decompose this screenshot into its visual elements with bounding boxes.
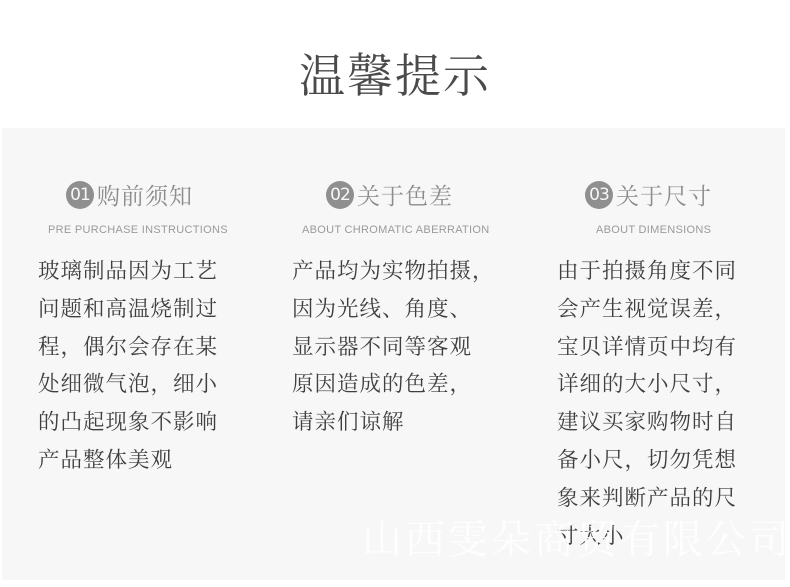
section-subtitle: ABOUT DIMENSIONS xyxy=(596,224,711,236)
section-color-heading: 02 关于色差 xyxy=(326,178,453,211)
number-badge: 02 xyxy=(326,181,354,209)
text-line: 原因造成的色差， xyxy=(292,366,492,404)
text-line: 象来判断产品的尺 xyxy=(557,480,757,518)
text-line: 产品均为实物拍摄， xyxy=(292,253,492,291)
text-line: 建议买家购物时自 xyxy=(557,404,757,442)
section-title: 关于尺寸 xyxy=(616,178,712,211)
text-line: 由于拍摄角度不同 xyxy=(557,253,757,291)
section-purchase-text: 玻璃制品因为工艺 问题和高温烧制过 程，偶尔会存在某 处细微气泡，细小 的凸起现… xyxy=(38,253,238,480)
text-line: 寸大小 xyxy=(557,518,757,556)
section-size-text: 由于拍摄角度不同 会产生视觉误差， 宝贝详情页中均有 详细的大小尺寸， 建议买家… xyxy=(557,253,757,555)
text-line: 问题和高温烧制过 xyxy=(38,291,238,329)
section-color-text: 产品均为实物拍摄， 因为光线、角度、 显示器不同等客观 原因造成的色差， 请亲们… xyxy=(292,253,492,442)
text-line: 显示器不同等客观 xyxy=(292,329,492,367)
text-line: 会产生视觉误差， xyxy=(557,291,757,329)
section-subtitle: ABOUT CHROMATIC ABERRATION xyxy=(302,224,489,236)
section-subtitle: PRE PURCHASE INSTRUCTIONS xyxy=(48,224,228,236)
text-line: 因为光线、角度、 xyxy=(292,291,492,329)
text-line: 宝贝详情页中均有 xyxy=(557,329,757,367)
section-title: 购前须知 xyxy=(97,178,193,211)
text-line: 备小尺，切勿凭想 xyxy=(557,442,757,480)
text-line: 程，偶尔会存在某 xyxy=(38,329,238,367)
tips-panel: 01 购前须知 PRE PURCHASE INSTRUCTIONS 玻璃制品因为… xyxy=(2,128,785,580)
section-title: 关于色差 xyxy=(357,178,453,211)
section-purchase-heading: 01 购前须知 xyxy=(66,178,193,211)
number-badge: 01 xyxy=(66,181,94,209)
text-line: 玻璃制品因为工艺 xyxy=(38,253,238,291)
section-size-heading: 03 关于尺寸 xyxy=(585,178,712,211)
text-line: 的凸起现象不影响 xyxy=(38,404,238,442)
number-badge: 03 xyxy=(585,181,613,209)
page-title: 温馨提示 xyxy=(0,46,790,106)
text-line: 详细的大小尺寸， xyxy=(557,366,757,404)
text-line: 产品整体美观 xyxy=(38,442,238,480)
text-line: 请亲们谅解 xyxy=(292,404,492,442)
text-line: 处细微气泡，细小 xyxy=(38,366,238,404)
